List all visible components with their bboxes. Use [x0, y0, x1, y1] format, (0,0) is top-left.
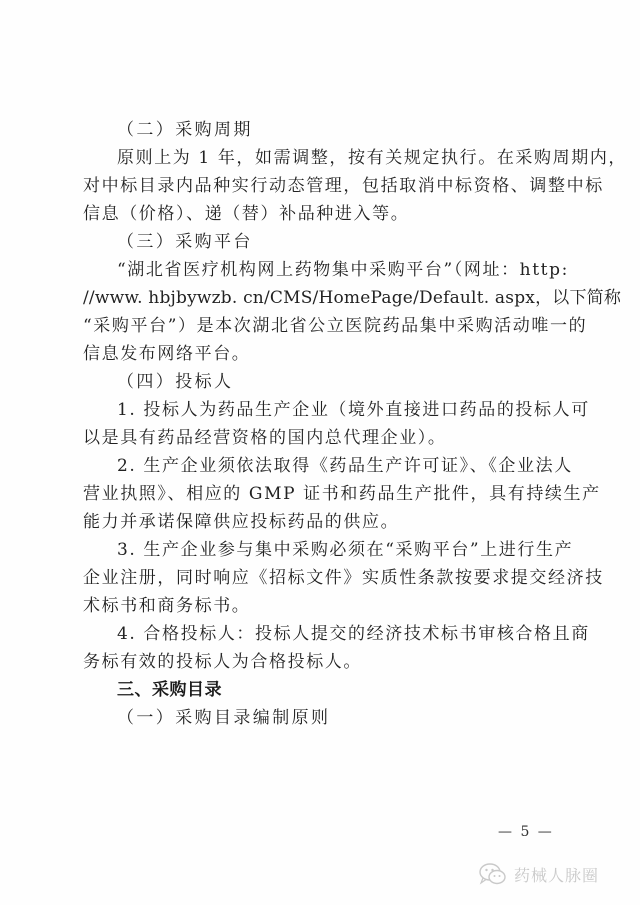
paragraph-line: “采购平台”）是本次湖北省公立医院药品集中采购活动唯一的 — [83, 315, 558, 337]
list-item-3-line: 术标书和商务标书。 — [83, 595, 558, 617]
list-item-4-line: 务标有效的投标人为合格投标人。 — [83, 651, 558, 673]
list-item-1-line: 以是具有药品经营资格的国内总代理企业）。 — [83, 427, 558, 449]
section-heading-procurement-cycle: （二）采购周期 — [117, 119, 253, 141]
paragraph-line: 原则上为 1 年，如需调整，按有关规定执行。在采购周期内， — [117, 147, 558, 169]
list-item-2-line: 营业执照》、相应的 GMP 证书和药品生产批件，具有持续生产 — [83, 483, 558, 505]
page-number: — 5 — — [498, 824, 554, 840]
wechat-icon — [478, 862, 508, 886]
section-heading-catalog-principles: （一）采购目录编制原则 — [117, 707, 330, 729]
list-item-1-line: 1. 投标人为药品生产企业（境外直接进口药品的投标人可 — [117, 399, 558, 421]
list-item-3-line: 企业注册，同时响应《招标文件》实质性条款按要求提交经济技 — [83, 567, 558, 589]
paragraph-line: 信息发布网络平台。 — [83, 343, 558, 365]
section-heading-bidders: （四）投标人 — [117, 371, 233, 393]
chapter-heading-procurement-catalog: 三、采购目录 — [117, 679, 222, 701]
paragraph-line: 信息（价格）、递（替）补品种进入等。 — [83, 203, 558, 225]
paragraph-line-url: //www. hbjbywzb. cn/CMS/HomePage/Default… — [83, 287, 558, 309]
paragraph-line: “湖北省医疗机构网上药物集中采购平台”（网址：http: — [117, 259, 558, 281]
list-item-4-line: 4. 合格投标人：投标人提交的经济技术标书审核合格且商 — [117, 623, 558, 645]
section-heading-procurement-platform: （三）采购平台 — [117, 231, 253, 253]
list-item-2-line: 2. 生产企业须依法取得《药品生产许可证》、《企业法人 — [117, 455, 558, 477]
watermark: 药械人脉圈 — [478, 862, 599, 886]
paragraph-line: 对中标目录内品种实行动态管理，包括取消中标资格、调整中标 — [83, 175, 558, 197]
watermark-text: 药械人脉圈 — [514, 863, 599, 886]
list-item-3-line: 3. 生产企业参与集中采购必须在“采购平台”上进行生产 — [117, 539, 558, 561]
document-page: （二）采购周期 原则上为 1 年，如需调整，按有关规定执行。在采购周期内， 对中… — [0, 0, 640, 905]
list-item-2-line: 能力并承诺保障供应投标药品的供应。 — [83, 511, 558, 533]
